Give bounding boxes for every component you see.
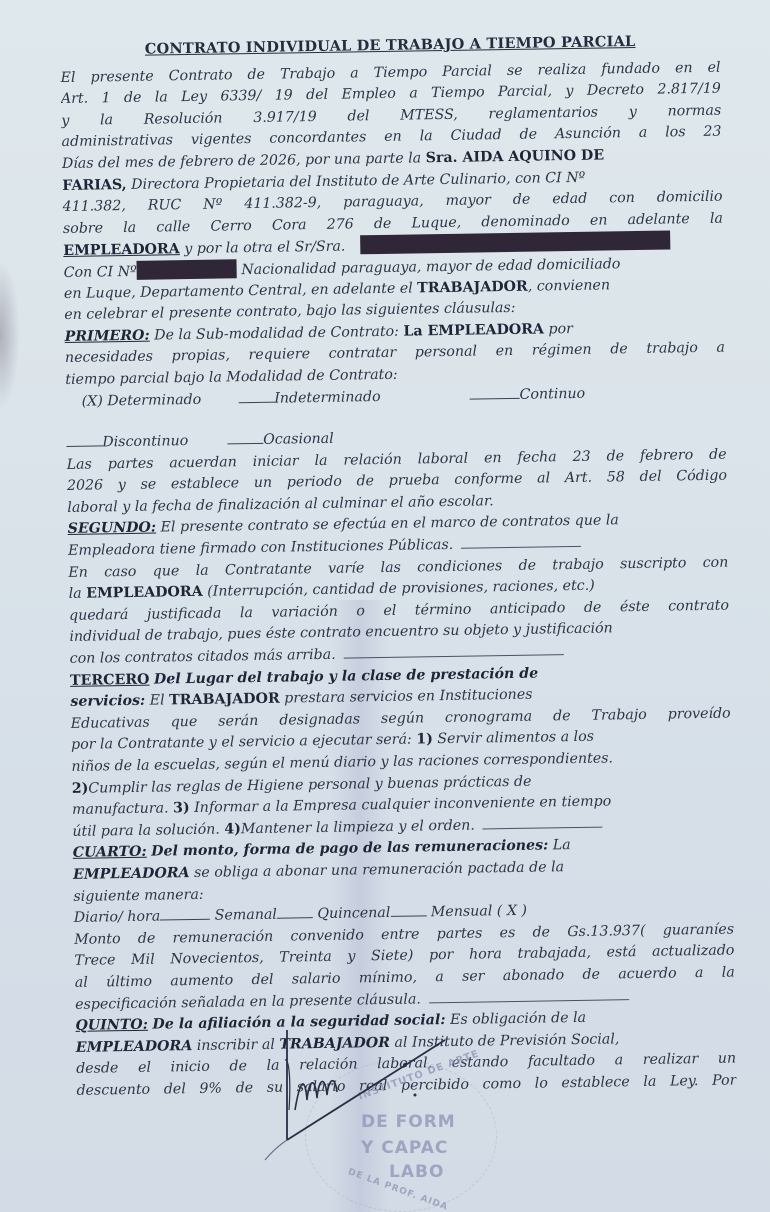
option-label: Continuo [519,385,585,402]
clause-text: La [553,837,571,853]
clause-text: por [548,321,573,337]
clause-text: prestara servicios en Instituciones [284,687,532,707]
clause-text: se obliga a abonar una remuneración pact… [194,859,564,881]
clause-text: Cumplir las reglas de Higiene personal y… [88,773,531,796]
option-blank [66,433,102,447]
clause-text: por la Contratante y el servicio a ejecu… [71,732,412,753]
fill-rule [429,989,629,1003]
employer-label: EMPLEADORA [63,241,180,259]
preamble-text: Con CI Nº [64,264,137,281]
clause-text: Mantener la limpieza y el orden. [241,817,475,837]
option-label: Indeterminado [274,389,381,407]
pay-option-weekly: Semanal [215,907,277,924]
option-blank [227,431,263,445]
pay-option-monthly: Mensual [431,903,493,920]
option-label: Determinado [107,391,201,408]
option-label: Ocasional [263,431,334,448]
clause-text: La EMPLEADORA [403,321,544,339]
clause-text: la [69,586,82,602]
clause-text: Informar a la Empresa cualquier inconven… [194,794,611,817]
signature-icon [245,1020,475,1170]
preamble-text: , convienen [528,277,611,294]
clause-text: El [150,693,165,709]
pay-option-biweekly: Quincenal [317,905,390,922]
option-continuo: Continuo [469,385,585,403]
clause-heading: SEGUNDO: [68,520,157,537]
item-number: 2) [72,780,89,796]
clause-heading: CUARTO: [73,844,147,861]
clause-text: especificación señalada en la presente c… [75,991,421,1012]
pay-option-mark: ( X ) [497,903,527,919]
preamble-text: y por la otra el Sr/Sra. [184,239,345,258]
option-mark: (X) [82,393,103,409]
document-title: CONTRATO INDIVIDUAL DE TRABAJO A TIEMPO … [60,30,720,62]
item-number: 1) [416,732,433,748]
clause-heading: PRIMERO: [65,327,150,344]
clause-title: Del monto, forma de pago de las remunera… [151,838,548,860]
option-blank [238,389,274,403]
clause-text: con los contratos citados más arriba. [70,647,336,667]
clause-text: De la Sub-modalidad de Contrato: [154,323,399,343]
fill-rule [344,644,564,658]
preamble-text: Días del mes de febrero de 2026, por una… [62,150,421,172]
clause-text: útil para la solución. [72,821,220,839]
preamble-text: Nacionalidad paraguaya, mayor de edad do… [241,256,620,278]
preamble-text: en Luque, Departamento Central, en adela… [64,280,413,301]
item-number: 3) [173,800,190,816]
contract-document: CONTRATO INDIVIDUAL DE TRABAJO A TIEMPO … [60,30,737,1103]
clause-title: servicios: [70,693,145,710]
option-ocasional: Ocasional [227,431,334,449]
option-discontinuo: Discontinuo [66,433,188,451]
worker-label: TRABAJADOR [417,278,528,296]
clause-text: Empleadora tiene firmado con Institucion… [68,537,453,559]
employer-surname: FARIAS, [62,177,127,194]
option-determinado: (X) Determinado [82,391,202,409]
clause-title: Del Lugar del trabajo y la clase de pres… [154,665,538,687]
pay-option-daily: Diario/ hora [74,909,161,926]
clause-text: (Interrupción, cantidad de provisiones, … [207,578,595,600]
option-blank [390,904,426,918]
employer-label: EMPLEADORA [73,865,190,883]
employer-name: Sra. AIDA AQUINO DE [426,147,605,166]
clause-text: manufactura. [72,801,169,819]
option-blank [160,907,210,921]
fill-rule [483,816,603,829]
page-shadow [0,260,20,410]
redacted-worker-id [137,259,237,280]
employer-label: EMPLEADORA [76,1038,193,1056]
redacted-worker-name [360,231,670,255]
item-number: 4) [224,821,241,837]
clause-text: Servir alimentos a los [437,729,594,747]
clause-heading: QUINTO: [75,1017,148,1034]
option-label: Discontinuo [102,433,188,450]
employer-label: EMPLEADORA [86,584,203,602]
option-indeterminado: Indeterminado [238,389,381,407]
clause-heading: TERCERO [70,671,150,688]
option-blank [469,385,519,399]
fill-rule [461,536,581,549]
worker-label: TRABAJADOR [169,691,280,709]
option-blank [277,905,313,919]
